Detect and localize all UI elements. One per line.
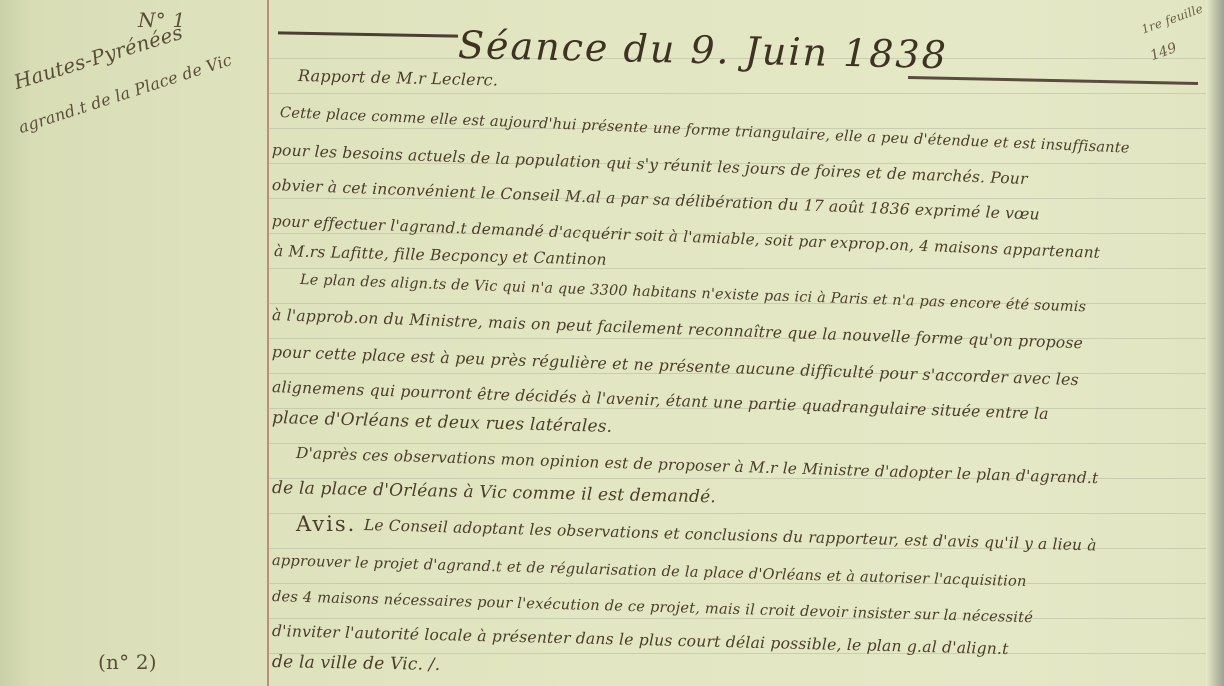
margin-bottom-number: (n° 2)	[98, 650, 157, 674]
body-line: de la place d'Orléans à Vic comme il est…	[272, 478, 716, 507]
ruled-line	[268, 583, 1210, 584]
manuscript-page: N° 1 Hautes-Pyrénées agrand.t de la Plac…	[0, 0, 1210, 686]
body-line: place d'Orléans et deux rues latérales.	[272, 408, 613, 437]
ruled-line	[268, 618, 1210, 619]
avis-line: approuver le projet d'agrand.t et de rég…	[272, 552, 1027, 590]
avis-label: Avis.	[296, 512, 356, 536]
report-heading: Rapport de M.r Leclerc.	[298, 66, 499, 90]
page-edge	[1206, 0, 1224, 686]
sheet-mark-line2: 149	[1148, 40, 1179, 64]
body-line: à M.rs Lafitte, fille Becponcy et Cantin…	[274, 242, 607, 269]
ruled-line	[268, 443, 1210, 444]
ruled-line	[268, 513, 1210, 514]
avis-line: des 4 maisons nécessaires pour l'exécuti…	[272, 588, 1034, 626]
body-line: Le plan des align.ts de Vic qui n'a que …	[300, 272, 1087, 315]
title-rule-right	[908, 76, 1198, 85]
session-title: Séance du 9. Juin 1838	[458, 23, 949, 77]
ruled-line	[268, 268, 1210, 269]
avis-line: de la ville de Vic. /.	[272, 652, 441, 675]
ruled-line	[268, 93, 1210, 94]
margin-rule	[267, 0, 269, 686]
title-rule-left	[278, 31, 458, 37]
sheet-mark-line1: 1re feuille	[1140, 1, 1205, 36]
